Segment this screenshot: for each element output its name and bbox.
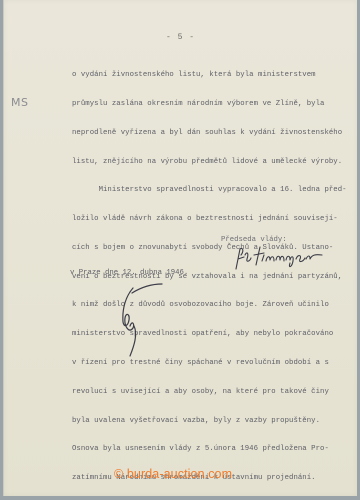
body-line: Osnova byla usnesením vlády z 5.února 19… (72, 445, 352, 455)
body-line: ložilo vládě návrh zákona o beztrestnost… (72, 215, 352, 225)
body-line: průmyslu zaslána okresním národním výbor… (72, 100, 352, 110)
body-line: neprodleně vyřízena a byl dán souhlas k … (72, 129, 352, 139)
body-line: Ministerstvo spravedlnosti vypracovalo a… (72, 186, 352, 196)
body-line: o vydání živnostenského listu, která byl… (72, 71, 352, 81)
body-line: revolucí s uvisející a aby osoby, na kte… (72, 388, 352, 398)
page-number: - 5 - (4, 33, 357, 42)
body-line: listu, znějícího na výrobu předmětů lido… (72, 158, 352, 168)
place-date: v Praze dne 12. dubna 1946. (70, 269, 188, 277)
fierlinger-signature-icon (230, 243, 350, 273)
watermark: © burda-auction.com (114, 467, 232, 481)
initial-signature-icon (112, 282, 172, 362)
document-page: - 5 - MS o vydání živnostenského listu, … (3, 0, 357, 496)
margin-note: MS (11, 96, 28, 109)
body-line: byla uvalena vyšetřovací vazba, byly z v… (72, 417, 352, 427)
